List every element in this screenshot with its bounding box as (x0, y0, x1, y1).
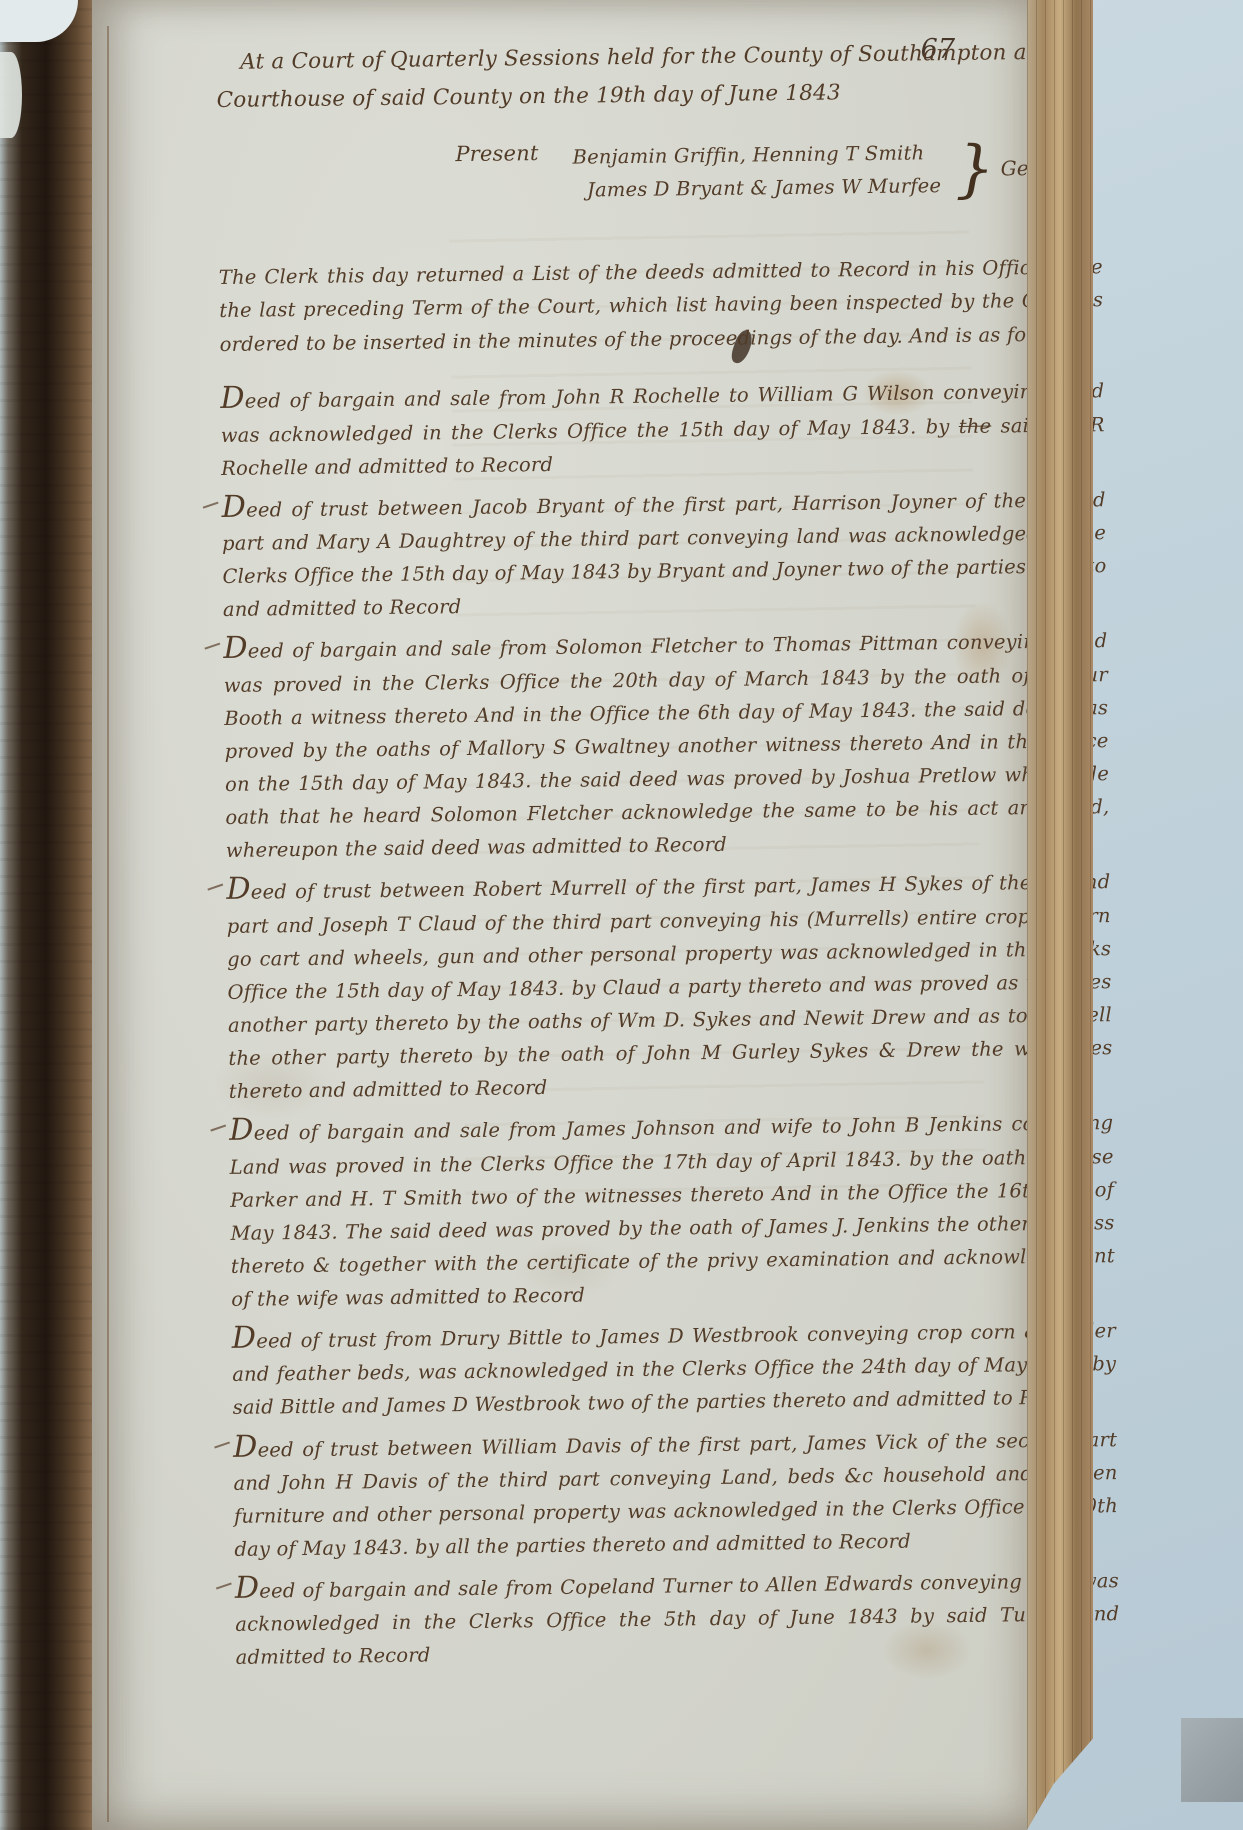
entry-text: Deed of trust between Jacob Bryant of th… (222, 488, 1107, 621)
left-edge-curl (0, 52, 22, 138)
present-names-line2: James D Bryant & James W Murfee (587, 169, 942, 206)
margin-tick (207, 884, 223, 891)
deed-entry-fletcher-pittman: Deed of bargain and sale from Solomon Fl… (223, 625, 1110, 868)
book-spine-texture (0, 0, 96, 1830)
present-names: Benjamin Griffin, Henning T Smith James … (572, 136, 941, 207)
gray-object-corner (1181, 1718, 1243, 1802)
manuscript-page: 67 At a Court of Quarterly Sessions held… (92, 0, 1027, 1830)
photograph-of-minute-book: { "page_number": "67", "header": { "line… (0, 0, 1243, 1830)
entry-text: Deed of trust from Drury Bittle to James… (232, 1319, 1117, 1419)
handwritten-text: At a Court of Quarterly Sessions held fo… (216, 33, 1120, 1674)
deed-entry-bryant-joyner-daughtrey: Deed of trust between Jacob Bryant of th… (221, 483, 1107, 626)
deed-entry-johnson-jenkins: Deed of bargain and sale from James John… (229, 1106, 1115, 1316)
page-edges-lines (1027, 0, 1093, 1830)
margin-tick (210, 1125, 226, 1132)
deed-entry-turner-edwards: Deed of bargain and sale from Copeland T… (235, 1564, 1120, 1674)
margin-rule-line (107, 26, 109, 1822)
deed-entry-davis-vick: Deed of trust between William Davis of t… (233, 1423, 1119, 1566)
entry-text: Deed of trust between William Davis of t… (233, 1428, 1118, 1561)
deed-entry-rochelle-wilson: Deed of bargain and sale from John R Roc… (220, 375, 1105, 485)
margin-tick (216, 1583, 232, 1590)
entry-text: Deed of trust between Robert Murrell of … (226, 871, 1112, 1104)
clerk-return-paragraph: The Clerk this day returned a List of th… (219, 250, 1104, 361)
entry-text: Deed of bargain and sale from James John… (229, 1111, 1115, 1310)
margin-tick (204, 643, 220, 650)
deed-entry-bittle-westbrook: Deed of trust from Drury Bittle to James… (232, 1314, 1117, 1424)
struck-word: the (959, 414, 992, 437)
entry-text: Deed of bargain and sale from Solomon Fl… (223, 630, 1109, 863)
present-label: Present (455, 141, 538, 166)
present-justices-block: Present Benjamin Griffin, Henning T Smit… (455, 134, 1102, 208)
entry-text: Deed of bargain and sale from Copeland T… (235, 1569, 1120, 1669)
deed-entry-murrell-sykes-claud: Deed of trust between Robert Murrell of … (226, 866, 1113, 1109)
margin-tick (203, 501, 219, 508)
deed-entries-list: Deed of bargain and sale from John R Roc… (220, 375, 1120, 1675)
margin-tick (214, 1441, 230, 1448)
brace-glyph: } (955, 140, 995, 196)
present-names-line1: Benjamin Griffin, Henning T Smith (572, 136, 941, 174)
